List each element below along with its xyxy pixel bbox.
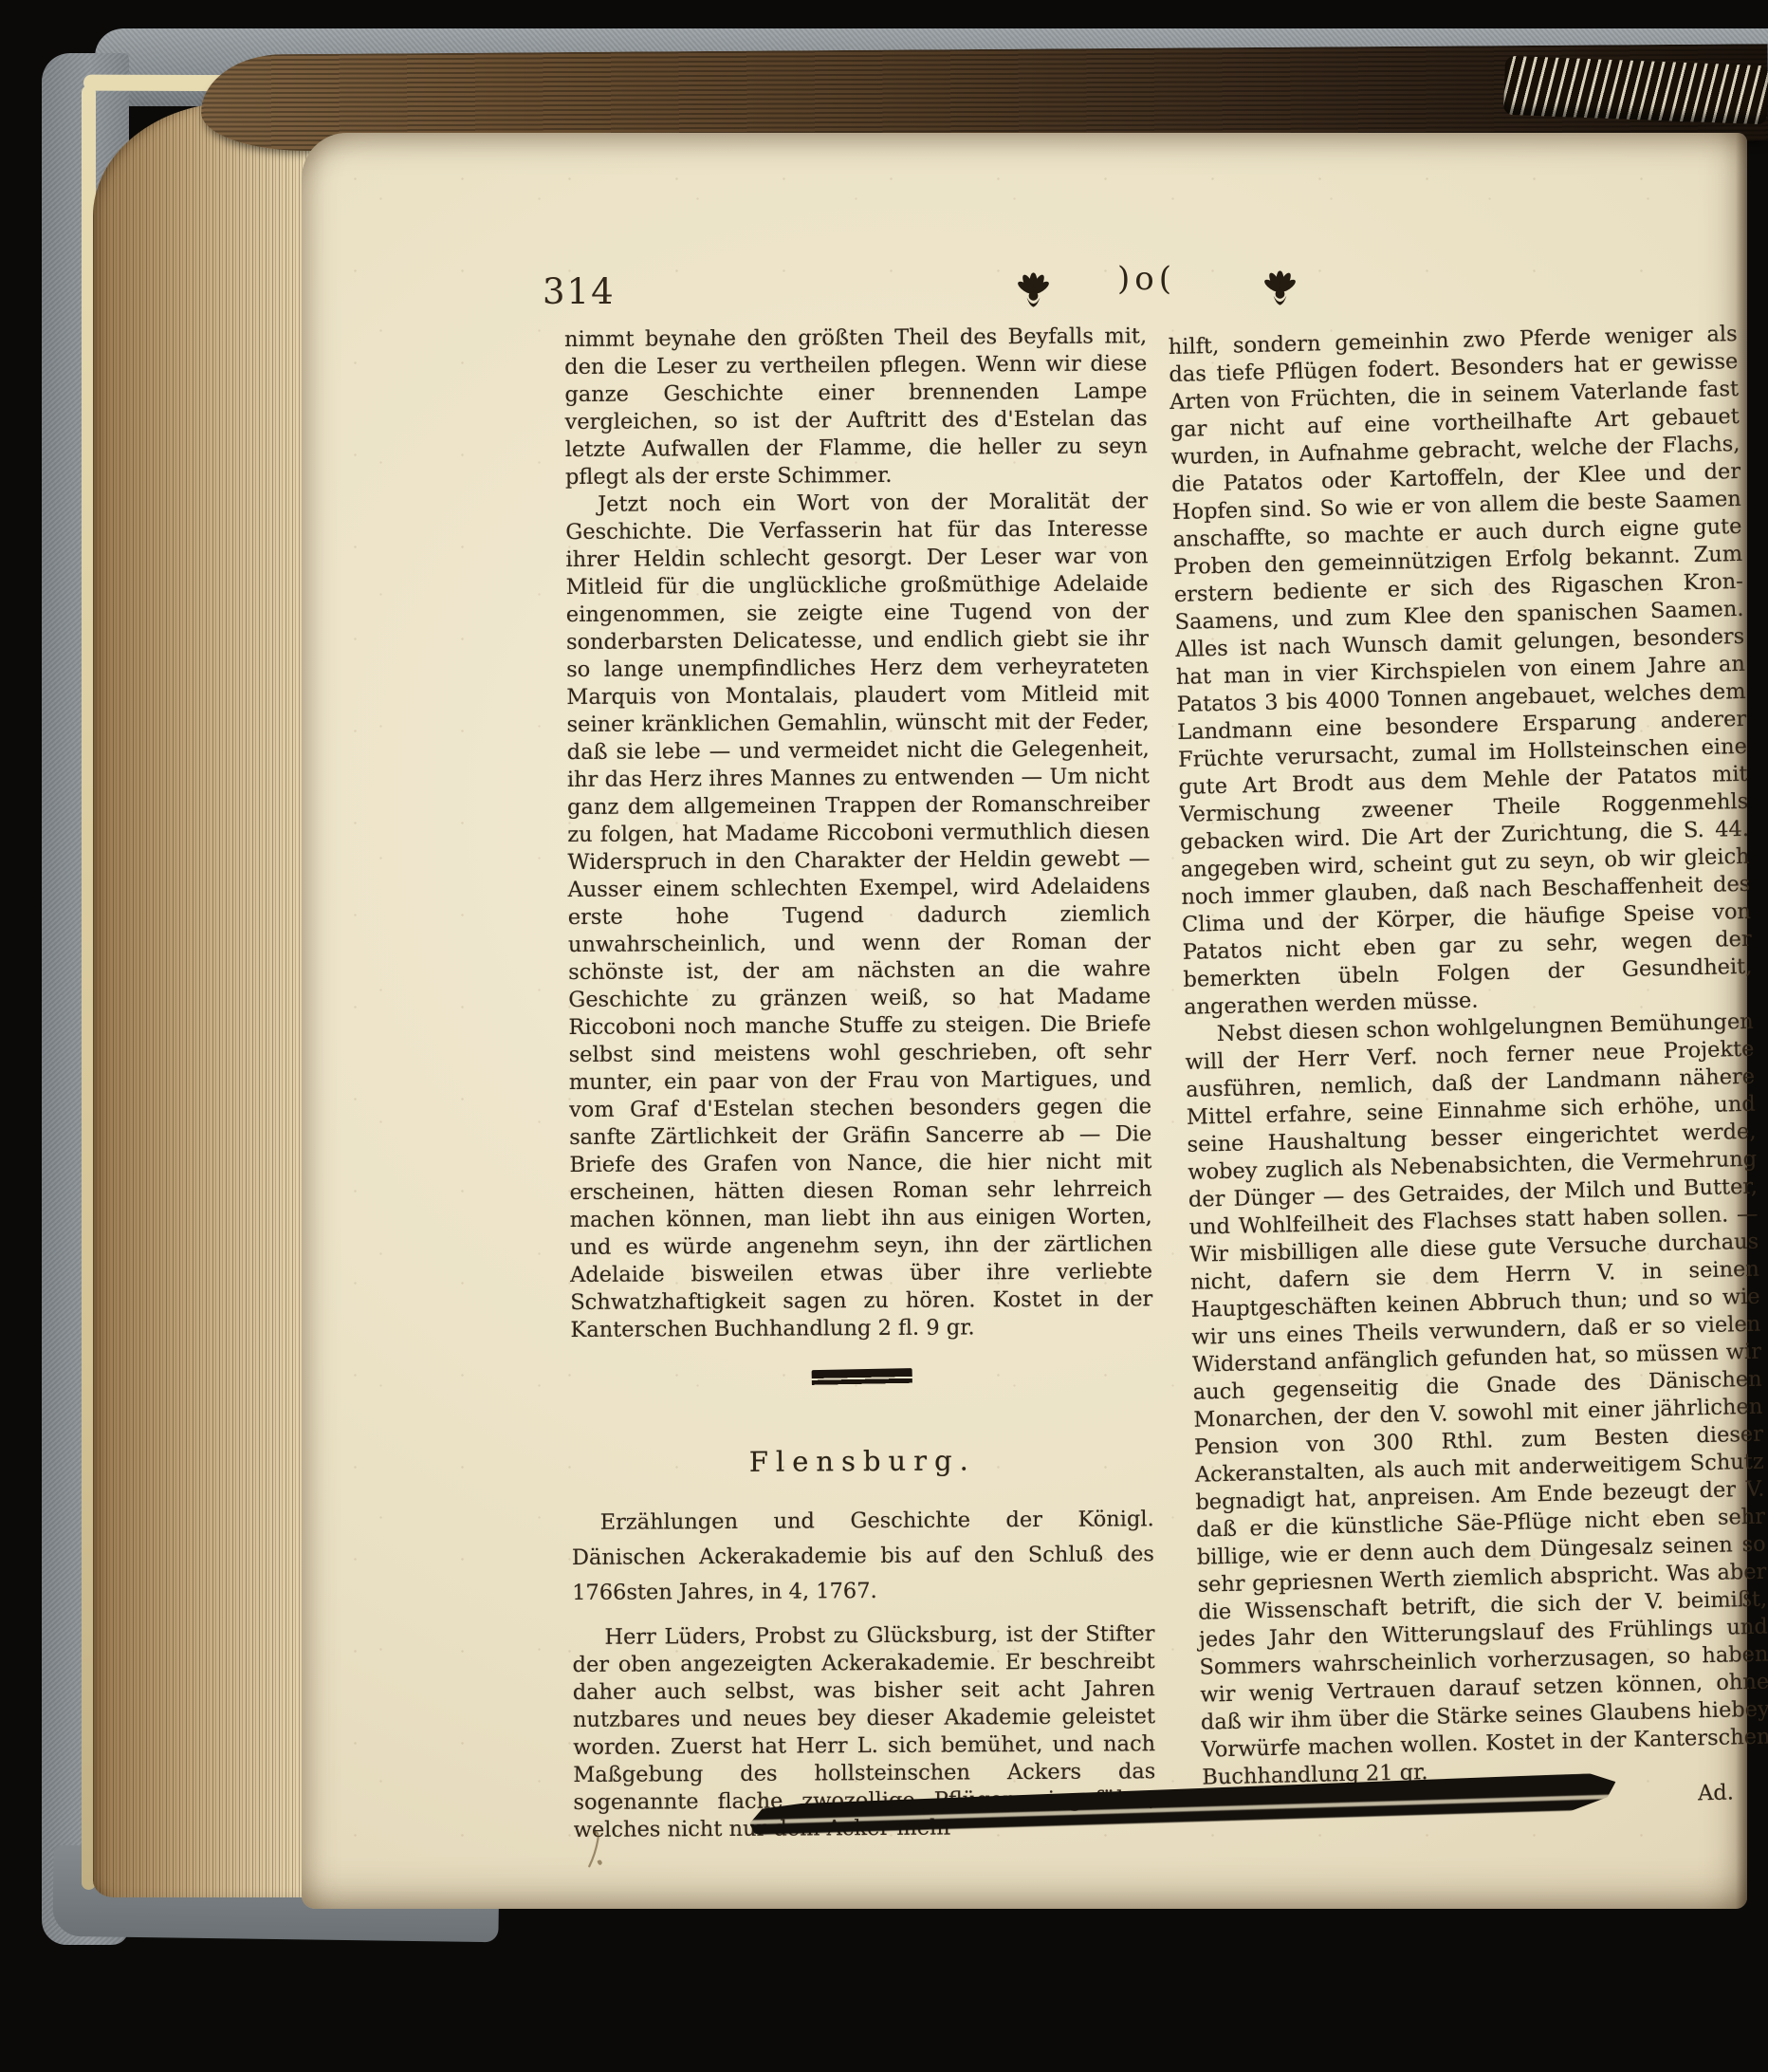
section-heading: Flensburg. [571,1446,1153,1477]
fanned-page-edges [93,102,313,1897]
section-divider-rule [812,1368,912,1386]
book-notice-title: Erzählungen und Geschichte der Königl. D… [572,1502,1155,1611]
review-paragraph: Nebst diesen schon wohlgelungnen Bemühun… [1185,1008,1768,1792]
right-text-column: hilft, sondern gemeinhin zwo Pferde weni… [1168,321,1768,1820]
header-column-mark: )o( [1117,260,1176,298]
shell-fleuron-icon [1011,268,1056,309]
headband-stitching [1503,56,1768,125]
review-paragraph: nimmt beynahe den größten Theil des Beyf… [564,323,1148,491]
review-paragraph: hilft, sondern gemeinhin zwo Pferde weni… [1168,321,1753,1022]
page-number: 314 [543,271,616,312]
book-page: 314 )o( [302,133,1747,1909]
book-photo: 314 )o( [0,0,1768,2072]
review-paragraph: Jetzt noch ein Wort von der Moralität de… [565,488,1152,1344]
stray-ink-mark [580,1828,614,1875]
shell-fleuron-icon [1258,266,1302,307]
left-text-column: nimmt beynahe den größten Theil des Beyf… [564,323,1156,1844]
